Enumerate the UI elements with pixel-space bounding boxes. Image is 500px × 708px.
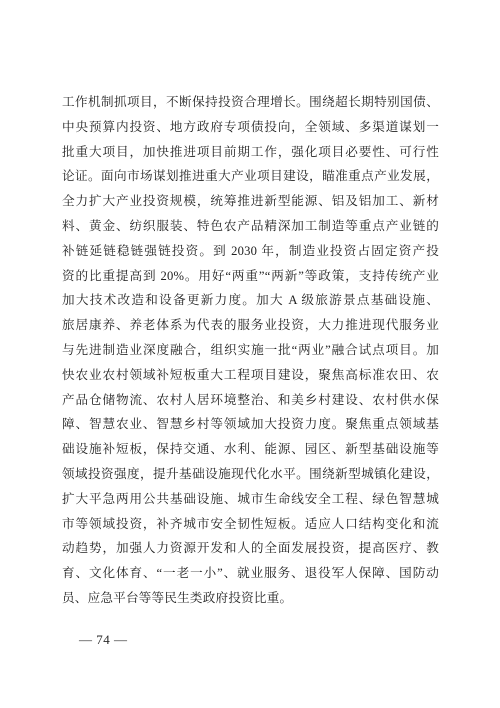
text-line: 旅居康养、养老体系为代表的服务业投资，大力推进现代服务业	[62, 313, 439, 338]
text-line: 障、智慧农业、智慧乡村等领域加大投资力度。聚焦重点领域基	[62, 412, 439, 437]
text-line: 市等领域投资，补齐城市安全韧性短板。适应人口结构变化和流	[62, 512, 439, 537]
text-line: 资的比重提高到 20%。用好“两重”“两新”等政策，支持传统产业	[62, 264, 439, 289]
text-line: 工作机制抓项目，不断保持投资合理增长。围绕超长期特别国债、	[62, 90, 439, 115]
text-line: 领域投资强度，提升基础设施现代化水平。围绕新型城镇化建设，	[62, 462, 439, 487]
text-line: 批重大项目，加快推进项目前期工作，强化项目必要性、可行性	[62, 140, 439, 165]
text-line: 员、应急平台等等民生类政府投资比重。	[62, 586, 439, 611]
text-line: 产品仓储物流、农村人居环境整治、和美乡村建设、农村供水保	[62, 388, 439, 413]
text-line: 加大技术改造和设备更新力度。加大 A 级旅游景点基础设施、	[62, 288, 439, 313]
text-line: 扩大平急两用公共基础设施、城市生命线安全工程、绿色智慧城	[62, 487, 439, 512]
text-line: 与先进制造业深度融合，组织实施一批“两业”融合试点项目。加	[62, 338, 439, 363]
page-number: — 74 —	[79, 631, 128, 649]
text-line: 补链延链稳链强链投资。到 2030 年，制造业投资占固定资产投	[62, 239, 439, 264]
text-line: 动趋势，加强人力资源开发和人的全面发展投资，提高医疗、教	[62, 536, 439, 561]
text-line: 料、黄金、纺织服装、特色农产品精深加工制造等重点产业链的	[62, 214, 439, 239]
text-line: 中央预算内投资、地方政府专项债投向，全领域、多渠道谋划一	[62, 115, 439, 140]
text-line: 础设施补短板，保持交通、水利、能源、园区、新型基础设施等	[62, 437, 439, 462]
body-text: 工作机制抓项目，不断保持投资合理增长。围绕超长期特别国债、 中央预算内投资、地方…	[62, 90, 439, 611]
text-line: 快农业农村领域补短板重大工程项目建设，聚焦高标准农田、农	[62, 363, 439, 388]
text-line: 论证。面向市场谋划推进重大产业项目建设，瞄准重点产业发展，	[62, 164, 439, 189]
text-line: 全力扩大产业投资规模，统筹推进新型能源、铝及铝加工、新材	[62, 189, 439, 214]
text-line: 育、文化体育、“一老一小”、就业服务、退役军人保障、国防动	[62, 561, 439, 586]
document-page: 工作机制抓项目，不断保持投资合理增长。围绕超长期特别国债、 中央预算内投资、地方…	[0, 0, 500, 708]
